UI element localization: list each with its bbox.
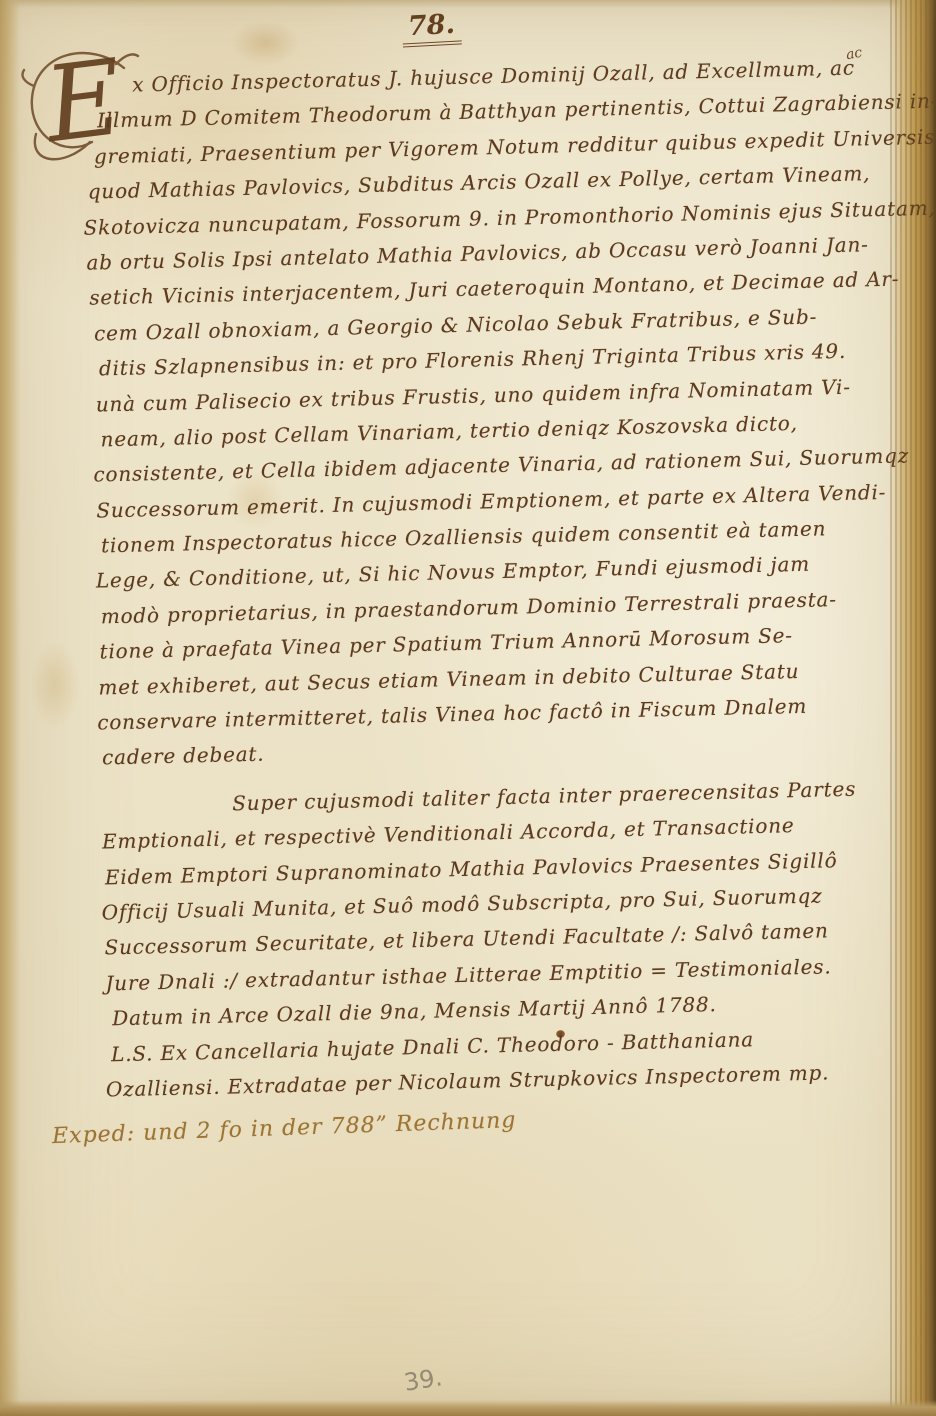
expedit-note: Exped: und 2 fo in der 788” Rechnung	[52, 1108, 517, 1149]
page-number: 78.	[401, 8, 462, 47]
document-text: x Officio Inspectoratus J. hujusce Domin…	[0, 54, 936, 1115]
page-bottom-edge	[0, 1400, 936, 1416]
paper-stain	[230, 20, 300, 66]
page-top-edge	[0, 0, 936, 8]
manuscript-page: 78. E ac x Officio Inspectoratus J. huju…	[0, 0, 936, 1416]
pencil-folio-number: 39.	[402, 1363, 444, 1397]
